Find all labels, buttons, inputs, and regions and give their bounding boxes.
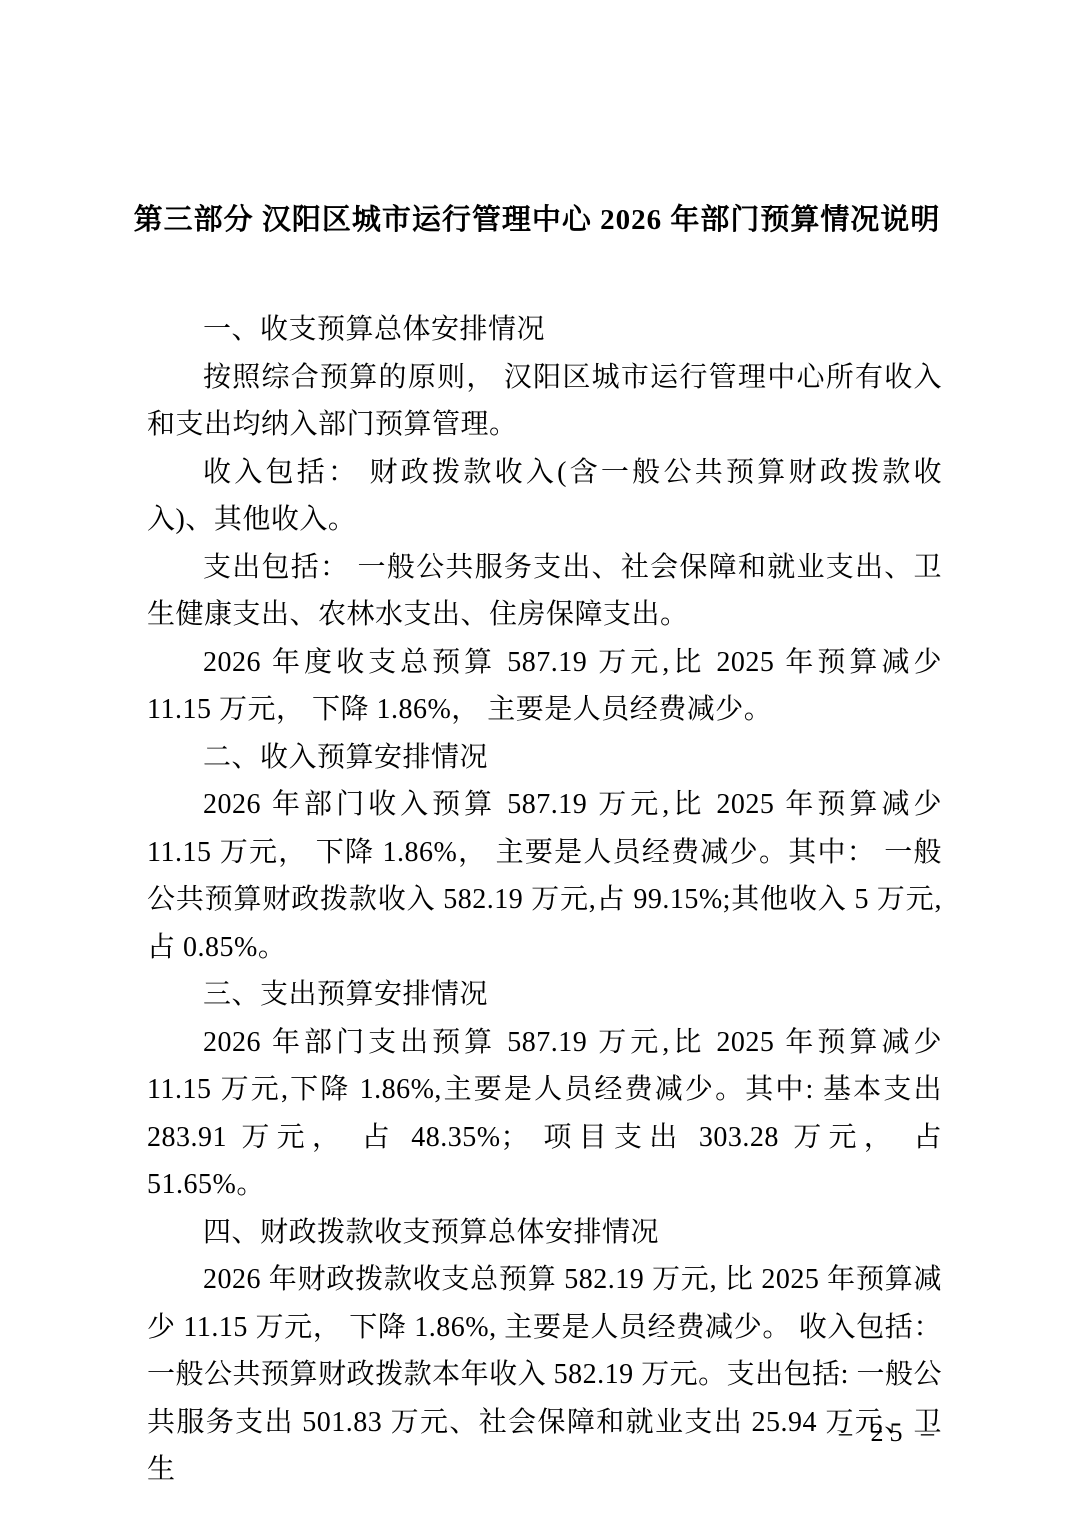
paragraph: 2026 年财政拨款收支总预算 582.19 万元, 比 2025 年预算减少 … [147,1256,942,1494]
document-page: 第三部分 汉阳区城市运行管理中心 2026 年部门预算情况说明 一、收支预算总体… [0,0,1074,1520]
paragraph: 支出包括： 一般公共服务支出、社会保障和就业支出、卫生健康支出、农林水支出、住房… [147,544,942,639]
section-heading-2: 二、收入预算安排情况 [147,734,942,782]
paragraph: 按照综合预算的原则， 汉阳区城市运行管理中心所有收入和支出均纳入部门预算管理。 [147,354,942,449]
page-number: – 25 – [839,1418,940,1448]
page-title: 第三部分 汉阳区城市运行管理中心 2026 年部门预算情况说明 [100,0,974,242]
section-heading-3: 三、支出预算安排情况 [147,971,942,1019]
paragraph: 2026 年部门支出预算 587.19 万元,比 2025 年预算减少 11.1… [147,1019,942,1209]
section-heading-4: 四、财政拨款收支预算总体安排情况 [147,1209,942,1257]
document-body: 一、收支预算总体安排情况 按照综合预算的原则， 汉阳区城市运行管理中心所有收入和… [147,306,942,1494]
paragraph: 2026 年度收支总预算 587.19 万元,比 2025 年预算减少 11.1… [147,639,942,734]
section-heading-1: 一、收支预算总体安排情况 [147,306,942,354]
paragraph: 收入包括： 财政拨款收入(含一般公共预算财政拨款收入)、其他收入。 [147,449,942,544]
paragraph: 2026 年部门收入预算 587.19 万元,比 2025 年预算减少 11.1… [147,781,942,971]
